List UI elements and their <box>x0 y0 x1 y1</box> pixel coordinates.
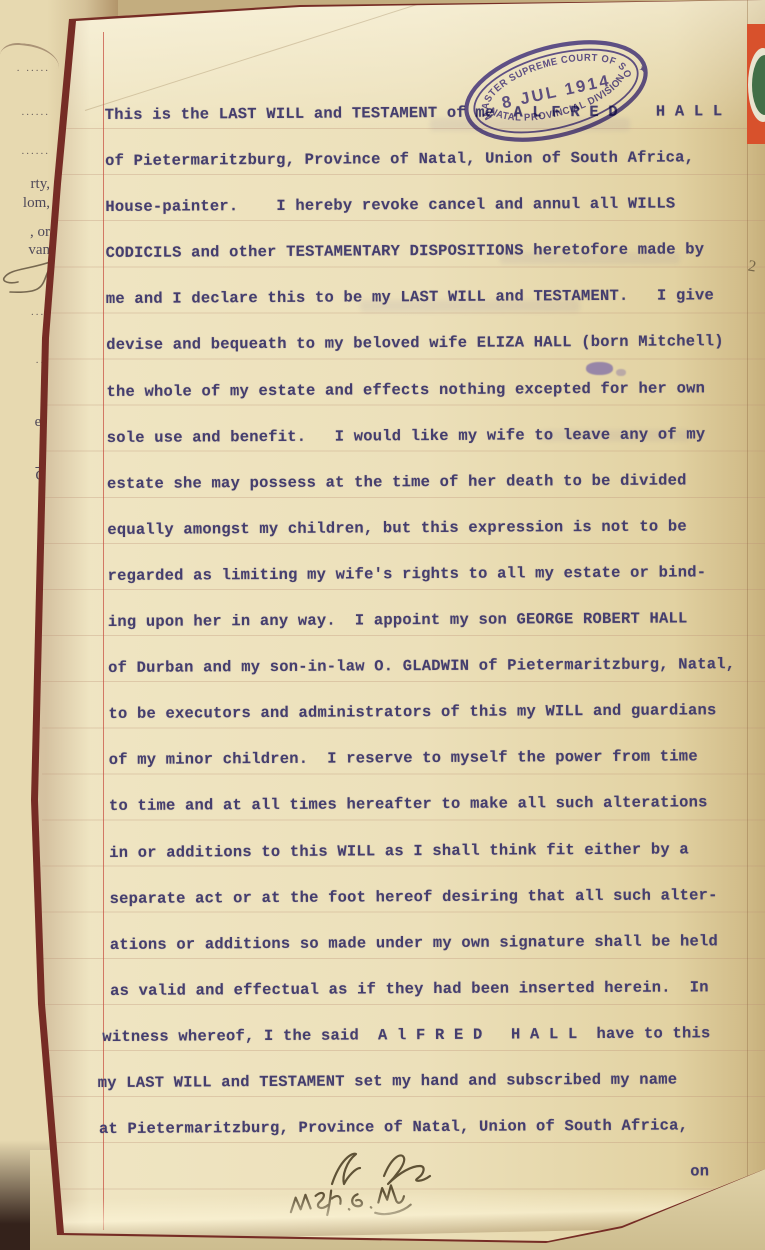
typed-text: This is the LAST WILL and TESTAMENT of m… <box>105 88 762 1198</box>
typed-line: to be executors and administrators of th… <box>108 687 758 737</box>
typed-line: regarded as limiting my wife's rights to… <box>107 549 757 599</box>
scanned-will-page: . ..... ...... ...... rty, lom, , or van… <box>0 0 765 1250</box>
margin-fragment: ...... <box>0 145 50 157</box>
margin-fragment: rty, <box>0 176 50 193</box>
revenue-stamp <box>747 24 765 144</box>
will-page: This is the LAST WILL and TESTAMENT of m… <box>0 0 765 1250</box>
typed-line: in or additions to this WILL as I shall … <box>109 826 759 876</box>
typed-line: separate act or at the foot hereof desir… <box>109 872 759 922</box>
margin-fragment: , or <box>0 224 50 241</box>
typed-line: ing upon her in any way. I appoint my so… <box>108 595 758 645</box>
margin-fragment: .... <box>0 306 50 318</box>
typed-line: me and I declare this to be my LAST WILL… <box>106 272 756 322</box>
typed-line: as valid and effectual as if they had be… <box>110 964 760 1014</box>
typed-line: witness whereof, I the said A l F R E D … <box>102 1010 760 1060</box>
typed-line: devise and bequeath to my beloved wife E… <box>106 318 756 368</box>
typed-line: estate she may possess at the time of he… <box>107 457 757 507</box>
ink-blot <box>616 369 626 376</box>
typed-line: my LAST WILL and TESTAMENT set my hand a… <box>98 1056 761 1106</box>
typed-line: CODICILS and other TESTAMENTARY DISPOSIT… <box>105 226 755 276</box>
typed-line: of my minor children. I reserve to mysel… <box>109 733 759 783</box>
typed-line: to time and at all times hereafter to ma… <box>109 779 759 829</box>
typed-line: at Pietermaritzburg, Province of Natal, … <box>99 1102 761 1152</box>
typed-line: the whole of my estate and effects nothi… <box>106 365 756 415</box>
ink-blot <box>586 362 613 375</box>
typed-line: ations or additions so made under my own… <box>110 918 760 968</box>
typed-line: of Durban and my son-in-law O. GLADWIN o… <box>108 641 758 691</box>
typed-line: House-painter. I hereby revoke cancel an… <box>105 180 755 230</box>
typed-line: sole use and benefit. I would like my wi… <box>107 411 757 461</box>
typed-line: of Pietermaritzburg, Province of Natal, … <box>105 134 755 184</box>
margin-fragment: ...... <box>0 106 50 118</box>
margin-fragment: . ..... <box>0 62 50 74</box>
typed-line: equally amongst my children, but this ex… <box>107 503 757 553</box>
margin-fragment: lom, <box>0 195 50 212</box>
